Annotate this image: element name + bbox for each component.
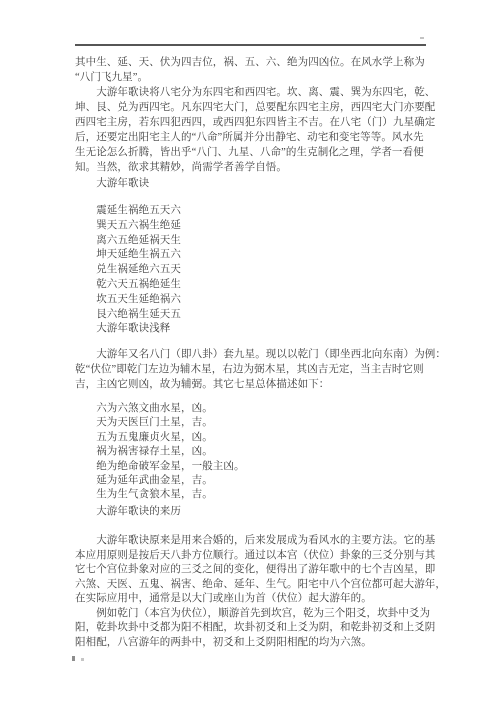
text-line: “八门飞九星”。 (75, 70, 429, 85)
text-line: 六为六煞文曲水星，凶。 (75, 402, 429, 416)
text-line: 生为生气贪狼木星，吉。 (75, 488, 429, 502)
text-line: 五为五鬼廉贞火星，凶。 (75, 431, 429, 445)
text-line: 它七个宫位卦象对应的三爻之间的变化，便得出了游年歌中的七个吉凶星，即 (75, 563, 429, 578)
text-line: 乾六天五祸绝延生 (75, 278, 429, 293)
text-line: 离六五绝延祸天生 (75, 234, 429, 249)
header-rule (75, 44, 426, 46)
text-line: 吉，主凶它则凶，故为辅弼。其它七星总体描述如下： (75, 377, 429, 392)
paragraph-laili: 大游年歌诀原来是用来合婚的，后来发展成为看风水的主要方法。它的基本应用原则是按后… (75, 534, 429, 650)
text-line: 大游年歌诀原来是用来合婚的，后来发展成为看风水的主要方法。它的基 (75, 534, 429, 549)
text-line: 大游年又名八门（即八卦）套九星。现以以乾门（即坐西北向东南）为例： (75, 347, 429, 362)
text-line: 乾“伏位”即乾门左边为辅木星，右边为弼木星，其凶吉无定，当主吉时它则 (75, 362, 429, 377)
text-line: 天为天医巨门土星，吉。 (75, 416, 429, 430)
paragraph-intro: 其中生、延、天、伏为四吉位，祸、五、六、绝为四凶位。在风水学上称为“八门飞九星”… (75, 55, 429, 175)
text-line: 大游年歌诀的来历 (75, 504, 429, 519)
text-line: 生无论怎么折腾，皆出乎“八门、九星、八命”的生克制化之理，学者一看便 (75, 145, 429, 160)
text-line: 西四宅主房，若东四犯西四，或西四犯东四皆主不吉。在八宅（门）九星确定 (75, 115, 429, 130)
text-line: 本应用原则是按后天八卦方位顺行。通过以本宫（伏位）卦象的三爻分别与其 (75, 549, 429, 564)
footer-page-mark-dot (81, 658, 84, 661)
text-line: 祸为祸害禄存土星，凶。 (75, 445, 429, 459)
text-line: 六煞、天医、五鬼、祸害、绝命、延年、生气。阳宅中八个宫位都可起大游年， (75, 578, 429, 593)
text-line: 大游年歌诀 (75, 176, 429, 191)
text-line: 大游年歌诀浅释 (75, 321, 429, 336)
text-line: 在实际应用中，通常是以大门或座山为首（伏位）起大游年的。 (75, 592, 429, 607)
heading-gejue-laili: 大游年歌诀的来历 (75, 504, 429, 519)
text-line: 震延生祸绝五天六 (75, 204, 429, 219)
text-line: 绝为绝命破军金星，一般主凶。 (75, 460, 429, 474)
text-line: 大游年歌诀将八宅分为东四宅和西四宅。坎、离、震、巽为东四宅，乾、 (75, 85, 429, 100)
text-line: 阳相配，八宫游年的两卦中，初爻和上爻阴阳相配的均为六煞。 (75, 636, 429, 651)
text-line: 阳，乾卦坎卦中爻都为阳不相配，坎卦初爻和上爻为阴，和乾卦初爻和上爻阴 (75, 621, 429, 636)
text-line: 坤、艮、兑为西四宅。凡东四宅大门，总要配东四宅主房，西四宅大门亦要配 (75, 100, 429, 115)
text-line: 例如乾门（本宫为伏位），顺游首先到坎宫，乾为三个阳爻，坎卦中爻为 (75, 607, 429, 622)
verse-dayounian-gejue: 震延生祸绝五天六 巽天五六祸生绝延 离六五绝延祸天生 坤天延绝生祸五六 兑生祸延… (75, 204, 429, 322)
text-line: 坎五天生延绝祸六 (75, 293, 429, 308)
text-line: 坤天延绝生祸五六 (75, 248, 429, 263)
header-artifact-mark (420, 37, 424, 39)
text-line: 后，还要定出阳宅主人的“八命”所属并分出静宅、动宅和变宅等等。风水先 (75, 130, 429, 145)
text-line: 兑生祸延绝六五天 (75, 263, 429, 278)
paragraph-qianshi: 大游年又名八门（即八卦）套九星。现以以乾门（即坐西北向东南）为例：乾“伏位”即乾… (75, 347, 429, 392)
text-line: 其中生、延、天、伏为四吉位，祸、五、六、绝为四凶位。在风水学上称为 (75, 55, 429, 70)
document-page: 其中生、延、天、伏为四吉位，祸、五、六、绝为四凶位。在风水学上称为“八门飞九星”… (0, 0, 500, 708)
heading-gejue-qianshi: 大游年歌诀浅释 (75, 321, 429, 336)
list-seven-stars: 六为六煞文曲水星，凶。 天为天医巨门土星，吉。 五为五鬼廉贞火星，凶。 祸为祸害… (75, 402, 429, 503)
heading-dayounian-gejue: 大游年歌诀 (75, 176, 429, 191)
footer-page-mark (72, 656, 75, 661)
text-line: 知。当然，欲求其精妙，尚需学者善学自悟。 (75, 160, 429, 175)
text-line: 巽天五六祸生绝延 (75, 219, 429, 234)
text-line: 延为延年武曲金星，吉。 (75, 474, 429, 488)
